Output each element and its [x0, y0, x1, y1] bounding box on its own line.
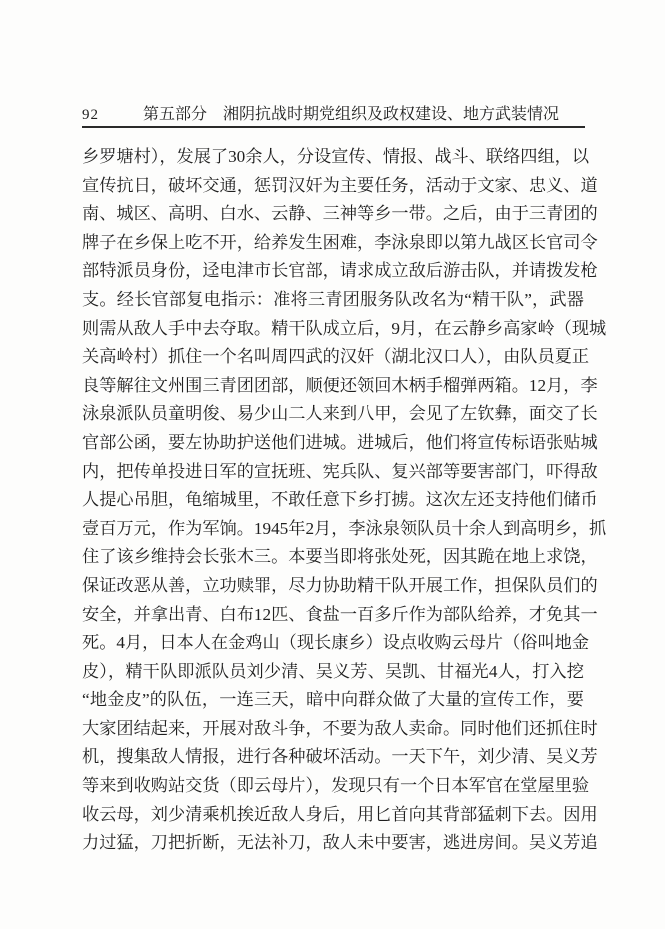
page-header: 92 第五部分 湘阴抗战时期党组织及政权建设、地方武装情况: [82, 101, 585, 124]
body-text-line: 南、城区、高明、白水、云静、三神等乡一带。之后，由于三青团的: [82, 200, 584, 229]
section-label: 第五部分: [143, 101, 207, 124]
body-text-line: 牌子在乡保上吃不开，给养发生困难，李泳泉即以第九战区长官司令: [82, 229, 584, 258]
body-text-line: 安全，并拿出青、白布12匹、食盐一百多斤作为部队给养，才免其一: [82, 601, 584, 630]
body-text-line: 泳泉派队员童明俊、易少山二人来到八甲，会见了左钦彝，面交了长: [82, 400, 584, 429]
body-text-line: 收云母，刘少清乘机挨近敌人身后，用匕首向其背部猛刺下去。因用: [82, 801, 584, 830]
body-text-line: 则需从敌人手中去夺取。精干队成立后，9月，在云静乡高家岭（现城: [82, 315, 584, 344]
body-text-line: 宣传抗日，破坏交通，惩罚汉奸为主要任务，活动于文家、忠义、道: [82, 172, 584, 201]
body-text-line: 良等解往文州围三青团团部，顺便还领回木柄手榴弹两箱。12月，李: [82, 372, 584, 401]
body-text-line: 乡罗塘村），发展了30余人，分设宣传、情报、战斗、联络四组，以: [82, 143, 584, 172]
chapter-title: 湘阴抗战时期党组织及政权建设、地方武装情况: [223, 101, 559, 124]
body-text-line: 死。4月，日本人在金鸡山（现长康乡）设点收购云母片（俗叫地金: [82, 629, 584, 658]
body-text: 乡罗塘村），发展了30余人，分设宣传、情报、战斗、联络四组，以宣传抗日，破坏交通…: [82, 143, 584, 858]
body-text-line: 关高岭村）抓住一个名叫周四武的汉奸（湖北汉口人），由队员夏正: [82, 343, 584, 372]
body-text-line: 人提心吊胆，龟缩城里，不敢任意下乡打掳。这次左还支持他们储币: [82, 486, 584, 515]
body-text-line: “地金皮”的队伍，一连三天，暗中向群众做了大量的宣传工作，要: [82, 686, 584, 715]
body-text-line: 等来到收购站交货（即云母片），发现只有一个日本军官在堂屋里验: [82, 772, 584, 801]
header-rule: [82, 126, 585, 128]
book-page: 92 第五部分 湘阴抗战时期党组织及政权建设、地方武装情况 乡罗塘村），发展了3…: [0, 0, 665, 929]
body-text-line: 力过猛，刀把折断，无法补刀，敌人未中要害，逃进房间。吴义芳追: [82, 829, 584, 858]
body-text-line: 住了该乡维持会长张木三。本要当即将张处死，因其跪在地上求饶，: [82, 543, 584, 572]
body-text-line: 壹百万元，作为军饷。1945年2月，李泳泉领队员十余人到高明乡，抓: [82, 515, 584, 544]
body-text-line: 内，把传单投进日军的宣抚班、宪兵队、复兴部等要害部门，吓得敌: [82, 458, 584, 487]
body-text-line: 支。经长官部复电指示：准将三青团服务队改名为“精干队”，武器: [82, 286, 584, 315]
body-text-line: 官部公函，要左协助护送他们进城。进城后，他们将宣传标语张贴城: [82, 429, 584, 458]
body-text-line: 大家团结起来，开展对敌斗争，不要为敌人卖命。同时他们还抓住时: [82, 715, 584, 744]
body-text-line: 皮），精干队即派队员刘少清、吴义芳、吴凯、甘福光4人，打入挖: [82, 658, 584, 687]
page-number: 92: [82, 107, 99, 124]
body-text-line: 保证改恶从善，立功赎罪，尽力协助精干队开展工作，担保队员们的: [82, 572, 584, 601]
body-text-line: 部特派员身份，迳电津市长官部，请求成立敌后游击队，并请拨发枪: [82, 257, 584, 286]
body-text-line: 机，搜集敌人情报，进行各种破坏活动。一天下午，刘少清、吴义芳: [82, 743, 584, 772]
